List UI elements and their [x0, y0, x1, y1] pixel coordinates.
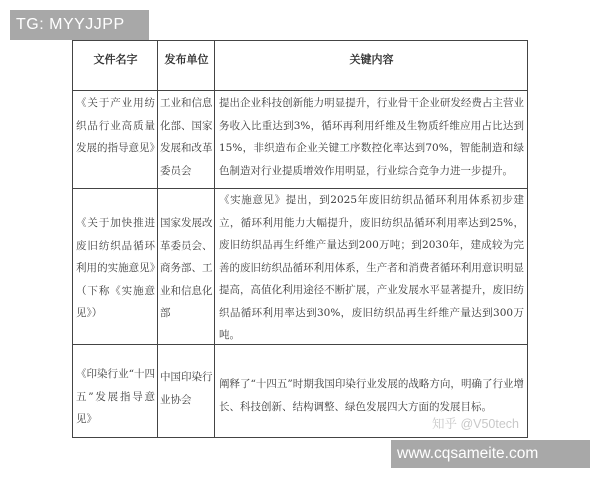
table-row: 《关于产业用纺织品行业高质量发展的指导意见》 工业和信息化部、国家发展和改革委员… [73, 91, 527, 189]
policy-table: 文件名字 发布单位 关键内容 《关于产业用纺织品行业高质量发展的指导意见》 工业… [72, 40, 528, 438]
header-publisher: 发布单位 [158, 41, 215, 90]
row-key-content: 提出企业科技创新能力明显提升，行业骨干企业研发经费占主营业务收入比重达到3%，循… [215, 91, 527, 188]
table-row: 《关于加快推进废旧纺织品循环利用的实施意见》（下称《实施意见》） 国家发展改革委… [73, 189, 527, 345]
row-file-name: 《关于加快推进废旧纺织品循环利用的实施意见》（下称《实施意见》） [73, 189, 158, 344]
row-publisher: 国家发展改革委员会、商务部、工业和信息化部 [158, 189, 215, 344]
row-file-name: 《印染行业“十四五”发展指导意见》 [73, 345, 158, 437]
row-publisher: 工业和信息化部、国家发展和改革委员会 [158, 91, 215, 188]
table-row: 《印染行业“十四五”发展指导意见》 中国印染行业协会 阐释了“十四五”时期我国印… [73, 345, 527, 437]
row-file-name: 《关于产业用纺织品行业高质量发展的指导意见》 [73, 91, 158, 188]
header-file-name: 文件名字 [73, 41, 158, 90]
row-publisher: 中国印染行业协会 [158, 345, 215, 437]
zhihu-watermark: 知乎 @V50tech [432, 417, 519, 431]
header-key-content: 关键内容 [215, 41, 527, 90]
top-tag-overlay: TG: MYYJJPP [10, 10, 149, 40]
table-header-row: 文件名字 发布单位 关键内容 [73, 41, 527, 91]
row-key-content: 《实施意见》提出，到2025年废旧纺织品循环利用体系初步建立，循环利用能力大幅提… [215, 189, 527, 344]
site-url-overlay: www.cqsameite.com [391, 440, 590, 468]
